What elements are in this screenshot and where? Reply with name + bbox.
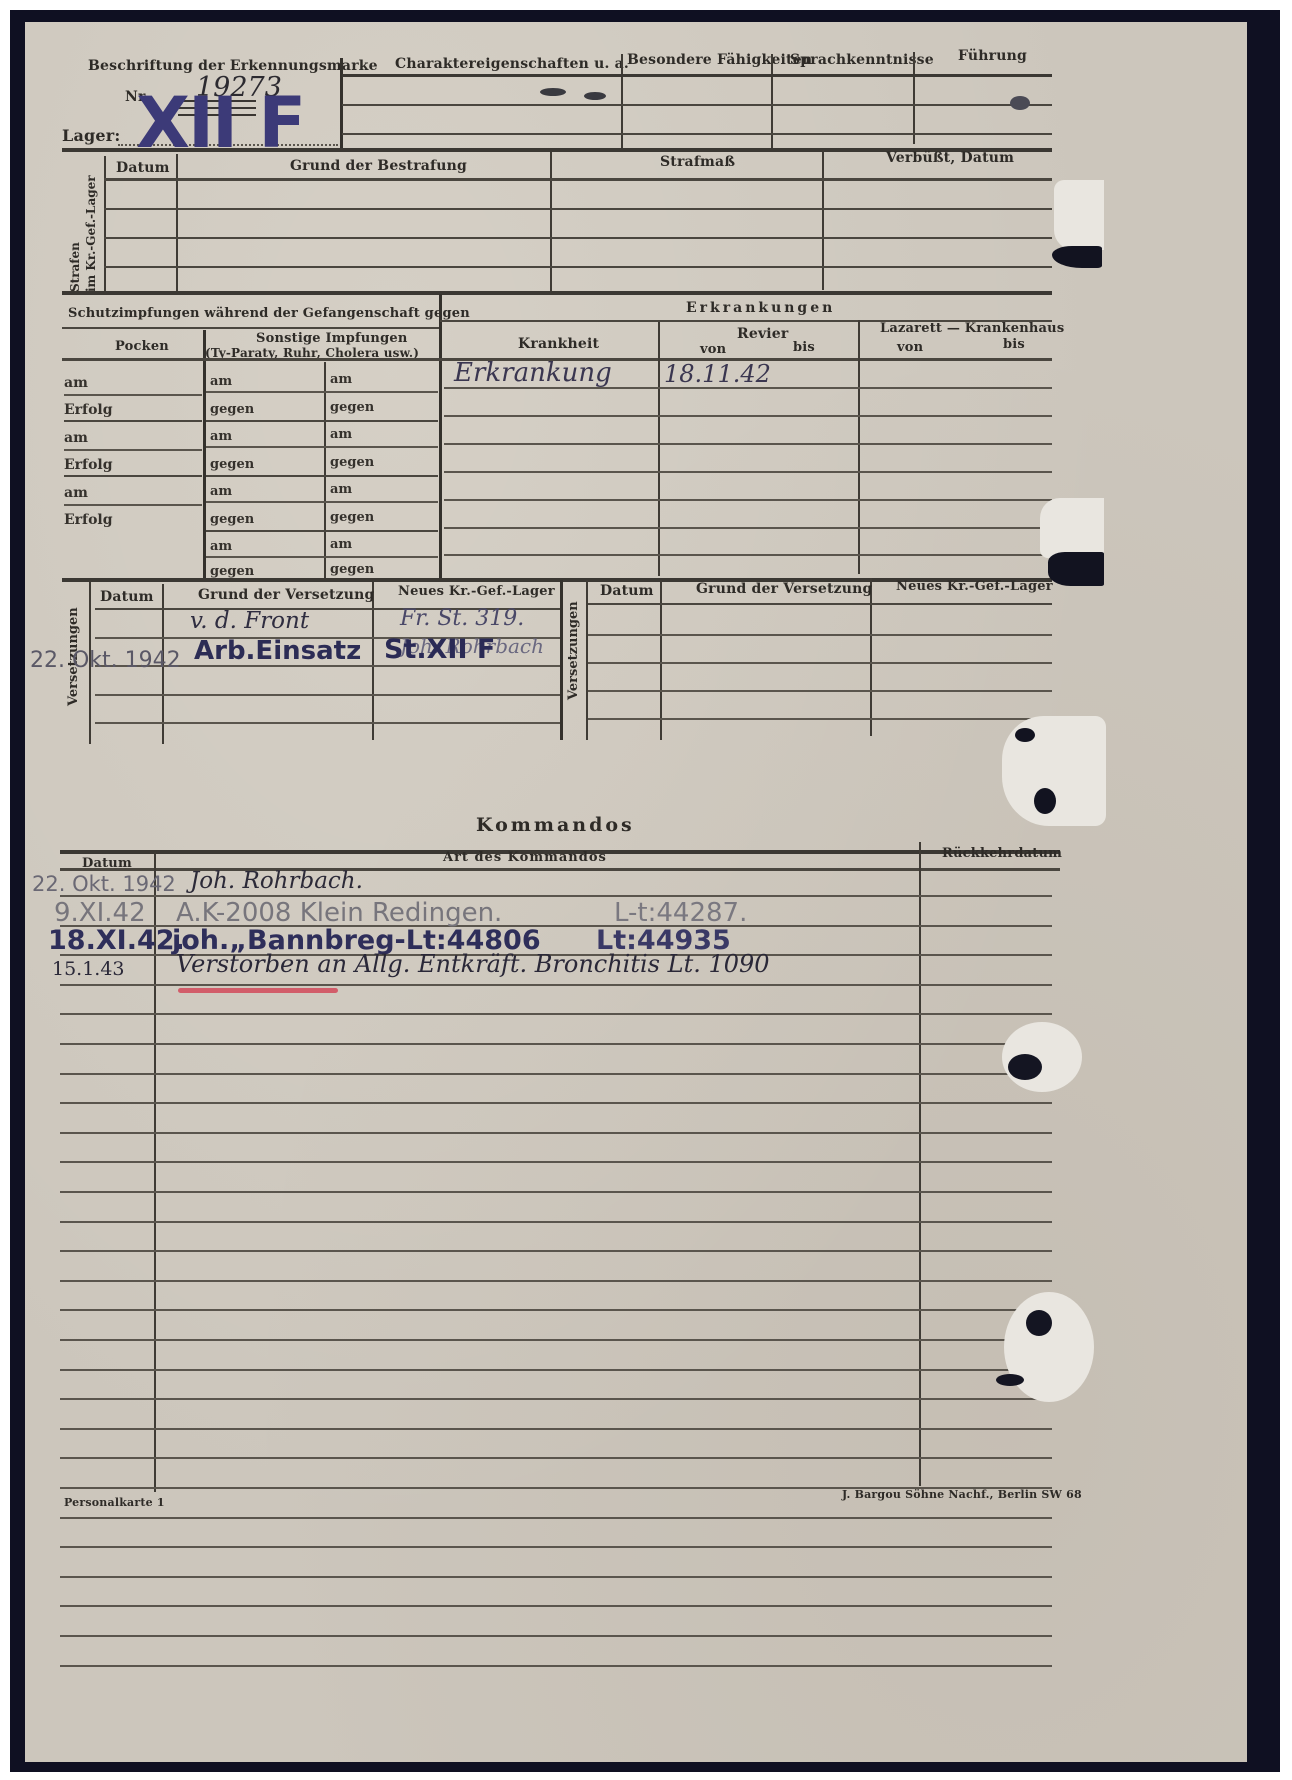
rule <box>206 391 438 393</box>
header-datum: Datum <box>116 160 170 176</box>
rule <box>60 895 1052 897</box>
vaccine-row-label: gegen <box>210 564 254 579</box>
paper-tear <box>1004 1292 1094 1402</box>
punishments-side-label: Strafen <box>68 242 82 292</box>
rule <box>60 1369 1052 1371</box>
vaccine-row-label: gegen <box>330 400 374 415</box>
divider <box>104 156 106 294</box>
red-underline <box>178 988 338 993</box>
new-camp-stamp: St.XII F <box>384 634 495 665</box>
header-other-vaccines: Sonstige Impfungen <box>256 331 408 346</box>
rule <box>206 420 438 422</box>
rule <box>444 554 1052 556</box>
vaccine-row-label: am <box>210 539 232 554</box>
header-illness: Krankheit <box>518 336 599 352</box>
vaccine-row-label: gegen <box>210 402 254 417</box>
rule <box>64 420 202 422</box>
header-sickbay: Revier <box>737 326 788 342</box>
divider <box>550 152 552 292</box>
rule <box>588 690 1052 692</box>
rule <box>60 1073 1052 1075</box>
rule <box>444 443 1052 445</box>
header-sentence: Strafmaß <box>660 154 735 170</box>
kommando-date: 9.XI.42 <box>54 898 146 928</box>
vaccine-row-label: gegen <box>210 512 254 527</box>
divider <box>913 52 915 144</box>
rule <box>95 722 560 724</box>
divider <box>919 842 921 1486</box>
rule <box>60 1280 1052 1282</box>
rule <box>60 1191 1052 1193</box>
new-camp-hand: Fr. St. 319. <box>400 606 524 631</box>
punch-hole <box>1010 96 1030 110</box>
rule <box>60 1517 1052 1519</box>
rule <box>64 475 202 477</box>
rule <box>64 394 202 396</box>
kommando-date: 18.XI.42. <box>48 925 185 956</box>
punch-hole <box>1034 788 1056 814</box>
vaccine-row-label: am <box>210 484 232 499</box>
rule <box>60 1428 1052 1430</box>
divider <box>203 330 206 578</box>
kommando-type: A.K-2008 Klein Redingen. <box>176 898 502 928</box>
header-new-camp: Neues Kr.-Gef.-Lager <box>896 579 1053 594</box>
transfer-date-stamp: 22. Okt. 1942 <box>30 648 181 673</box>
rule <box>342 74 1052 77</box>
rule <box>60 1221 1052 1223</box>
rule <box>104 208 1052 210</box>
vaccine-row-label: gegen <box>330 455 374 470</box>
punch-hole <box>1048 552 1104 586</box>
transfers-side-label-right: Versetzungen <box>566 601 581 700</box>
header-transfer-reason: Grund der Versetzung <box>696 581 873 597</box>
printer-imprint: J. Bargou Söhne Nachf., Berlin SW 68 <box>842 1488 1082 1501</box>
rule <box>60 1457 1052 1459</box>
header-new-camp: Neues Kr.-Gef.-Lager <box>398 584 555 599</box>
pocken-row-label: am <box>64 485 88 501</box>
vaccine-row-label: am <box>210 429 232 444</box>
pocken-row-label: am <box>64 375 88 391</box>
punch-hole <box>584 92 606 100</box>
illnesses-title: Erkrankungen <box>686 300 835 316</box>
rule <box>64 449 202 451</box>
rule <box>342 104 1052 106</box>
divider <box>658 322 660 576</box>
rule <box>60 1665 1052 1667</box>
rule <box>95 694 560 696</box>
kommando-type: Verstorben an Allg. Entkräft. Bronchitis… <box>176 950 770 978</box>
rule <box>60 1605 1052 1607</box>
rule <box>588 662 1052 664</box>
divider <box>822 150 824 290</box>
header-abilities: Besondere Fähigkeiten <box>627 52 812 68</box>
pocken-row-label: Erfolg <box>64 402 113 418</box>
header-hospital: Lazarett — Krankenhaus <box>880 321 1064 336</box>
header-datum: Datum <box>600 583 654 599</box>
vaccine-row-label: gegen <box>330 510 374 525</box>
sickbay-to: bis <box>793 340 815 355</box>
rule <box>60 1576 1052 1578</box>
vaccine-row-label: am <box>330 372 352 387</box>
hospital-from: von <box>897 340 923 355</box>
rule <box>60 1102 1052 1104</box>
vaccine-row-label: am <box>330 537 352 552</box>
rule <box>62 327 440 329</box>
vaccine-row-label: am <box>210 374 232 389</box>
kommandos-title: Kommandos <box>476 814 635 836</box>
illness-sickbay-from: 18.11.42 <box>664 360 771 388</box>
header-kommando-type: Art des Kommandos <box>443 850 607 865</box>
vaccine-row-label: gegen <box>210 457 254 472</box>
vaccine-row-label: am <box>330 427 352 442</box>
header-conduct: Führung <box>958 48 1027 64</box>
punishments-side-label-2: im Kr.-Gef.-Lager <box>84 175 98 292</box>
sickbay-from: von <box>700 342 726 357</box>
pocken-row-label: Erfolg <box>64 512 113 528</box>
lager-label: Lager: <box>62 126 121 145</box>
vaccinations-title: Schutzimpfungen während der Gefangenscha… <box>68 306 470 321</box>
rule <box>342 133 1052 135</box>
kommando-extra: L-t:44287. <box>614 898 747 928</box>
divider <box>870 578 872 736</box>
rule <box>60 1339 1052 1341</box>
rule <box>64 504 202 506</box>
rule <box>60 1132 1052 1134</box>
punch-hole <box>1026 1310 1052 1336</box>
header-served: Verbüßt, Datum <box>886 150 1014 166</box>
pocken-row-label: am <box>64 430 88 446</box>
rule <box>60 1398 1052 1400</box>
rule <box>588 603 1052 605</box>
rule <box>104 178 1052 181</box>
rule <box>444 415 1052 417</box>
header-transfer-reason: Grund der Versetzung <box>198 587 375 603</box>
rule <box>104 266 1052 268</box>
punch-hole <box>1015 728 1035 742</box>
transfer-reason-stamp: Arb.Einsatz <box>194 636 361 666</box>
rule <box>206 530 438 532</box>
rule <box>60 1250 1052 1252</box>
rule <box>444 471 1052 473</box>
divider <box>439 294 442 580</box>
rule <box>60 1013 1052 1015</box>
divider <box>560 580 563 740</box>
rule <box>60 1043 1052 1045</box>
punch-hole <box>996 1374 1024 1386</box>
rule <box>206 475 438 477</box>
punch-hole <box>1008 1054 1042 1080</box>
kommando-date: 15.1.43 <box>52 958 125 980</box>
rule <box>60 1546 1052 1548</box>
illness-entry: Erkrankung <box>454 358 612 388</box>
hospital-to: bis <box>1003 337 1025 352</box>
rule <box>588 634 1052 636</box>
transfer-reason-hand: v. d. Front <box>190 608 309 634</box>
rule <box>60 1161 1052 1163</box>
rule <box>104 237 1052 239</box>
kommando-type: Joh. Rohrbach. <box>190 868 363 894</box>
rule <box>588 718 1052 720</box>
punch-hole <box>540 88 566 96</box>
rule <box>206 446 438 448</box>
header-datum: Datum <box>100 589 154 605</box>
rule <box>60 984 1052 986</box>
rule <box>206 556 438 558</box>
header-pocken: Pocken <box>115 339 169 354</box>
rule <box>60 1635 1052 1637</box>
vaccine-row-label: gegen <box>330 562 374 577</box>
rule <box>206 501 438 503</box>
paper-tear <box>1054 180 1104 250</box>
rule <box>444 499 1052 501</box>
header-character: Charaktereigenschaften u. a. <box>395 56 629 72</box>
header-reason: Grund der Bestrafung <box>290 158 467 174</box>
paper-tear <box>1040 498 1104 558</box>
header-return-date: Rückkehrdatum <box>942 846 1062 861</box>
divider <box>176 154 178 294</box>
section-rule <box>62 291 1052 295</box>
rule <box>60 1309 1052 1311</box>
divider <box>858 320 860 574</box>
form-name: Personalkarte 1 <box>64 1496 165 1509</box>
vaccine-row-label: am <box>330 482 352 497</box>
divider <box>372 582 374 740</box>
kommando-date: 22. Okt. 1942 <box>32 872 176 896</box>
rule <box>444 527 1052 529</box>
pocken-row-label: Erfolg <box>64 457 113 473</box>
